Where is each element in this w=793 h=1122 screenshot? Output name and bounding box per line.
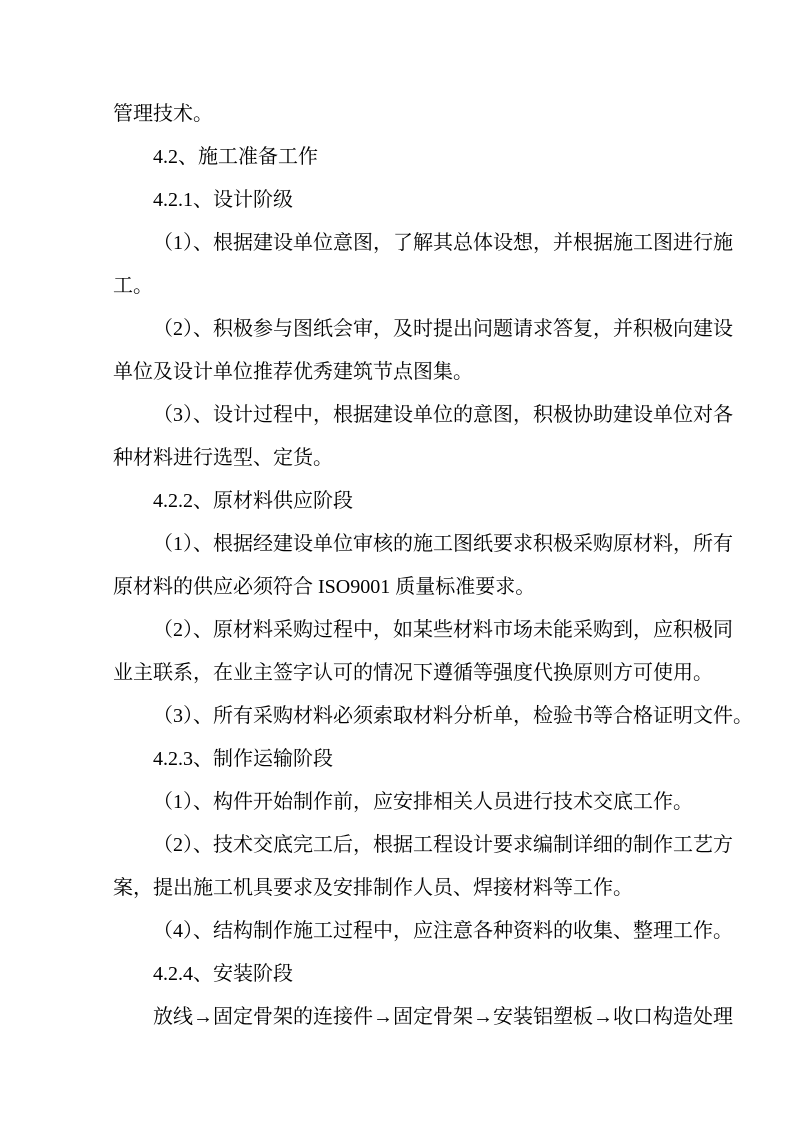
body-paragraph: 放线→固定骨架的连接件→固定骨架→安装铝塑板→收口构造处理 [113,996,713,1039]
document-body: 管理技术。4.2、施工准备工作4.2.1、设计阶级（1）、根据建设单位意图，了解… [113,93,713,1039]
heading-paragraph: 4.2.1、设计阶级 [113,179,713,222]
text-line: （1）、根据建设单位意图，了解其总体设想，并根据施工图进行施 [113,222,713,265]
heading-line: 4.2.1、设计阶级 [113,179,713,222]
text-line: （1）、根据经建设单位审核的施工图纸要求积极采购原材料，所有 [113,523,713,566]
heading-line: 4.2、施工准备工作 [113,136,713,179]
body-paragraph: （2）、积极参与图纸会审，及时提出问题请求答复，并积极向建设单位及设计单位推荐优… [113,308,713,394]
heading-line: 4.2.2、原材料供应阶段 [113,480,713,523]
text-line: （3）、所有采购材料必须索取材料分析单，检验书等合格证明文件。 [113,695,713,738]
text-line: （2）、技术交底完工后，根据工程设计要求编制详细的制作工艺方 [113,824,713,867]
text-line: （2）、积极参与图纸会审，及时提出问题请求答复，并积极向建设 [113,308,713,351]
text-line: （4）、结构制作施工过程中，应注意各种资料的收集、整理工作。 [113,910,713,953]
body-paragraph: （1）、根据建设单位意图，了解其总体设想，并根据施工图进行施工。 [113,222,713,308]
heading-line: 4.2.4、安装阶段 [113,953,713,996]
heading-line: 4.2.3、制作运输阶段 [113,738,713,781]
body-paragraph: （3）、所有采购材料必须索取材料分析单，检验书等合格证明文件。 [113,695,713,738]
body-paragraph: （2）、原材料采购过程中，如某些材料市场未能采购到，应积极同业主联系，在业主签字… [113,609,713,695]
text-line: 工。 [113,265,713,308]
body-paragraph: （2）、技术交底完工后，根据工程设计要求编制详细的制作工艺方案，提出施工机具要求… [113,824,713,910]
text-line: （3）、设计过程中，根据建设单位的意图，积极协助建设单位对各 [113,394,713,437]
text-line: （1）、构件开始制作前，应安排相关人员进行技术交底工作。 [113,781,713,824]
heading-paragraph: 4.2.2、原材料供应阶段 [113,480,713,523]
heading-paragraph: 4.2.3、制作运输阶段 [113,738,713,781]
body-paragraph: （1）、根据经建设单位审核的施工图纸要求积极采购原材料，所有原材料的供应必须符合… [113,523,713,609]
heading-paragraph: 4.2、施工准备工作 [113,136,713,179]
text-line: 业主联系，在业主签字认可的情况下遵循等强度代换原则方可使用。 [113,652,713,695]
text-line: 管理技术。 [113,93,713,136]
document-page: 管理技术。4.2、施工准备工作4.2.1、设计阶级（1）、根据建设单位意图，了解… [0,0,793,1122]
text-line: 单位及设计单位推荐优秀建筑节点图集。 [113,351,713,394]
heading-paragraph: 4.2.4、安装阶段 [113,953,713,996]
text-line: 案，提出施工机具要求及安排制作人员、焊接材料等工作。 [113,867,713,910]
body-paragraph: （3）、设计过程中，根据建设单位的意图，积极协助建设单位对各种材料进行选型、定货… [113,394,713,480]
body-paragraph: （1）、构件开始制作前，应安排相关人员进行技术交底工作。 [113,781,713,824]
text-line: 放线→固定骨架的连接件→固定骨架→安装铝塑板→收口构造处理 [113,996,713,1039]
body-paragraph: 管理技术。 [113,93,713,136]
text-line: 种材料进行选型、定货。 [113,437,713,480]
text-line: 原材料的供应必须符合 ISO9001 质量标准要求。 [113,566,713,609]
body-paragraph: （4）、结构制作施工过程中，应注意各种资料的收集、整理工作。 [113,910,713,953]
text-line: （2）、原材料采购过程中，如某些材料市场未能采购到，应积极同 [113,609,713,652]
